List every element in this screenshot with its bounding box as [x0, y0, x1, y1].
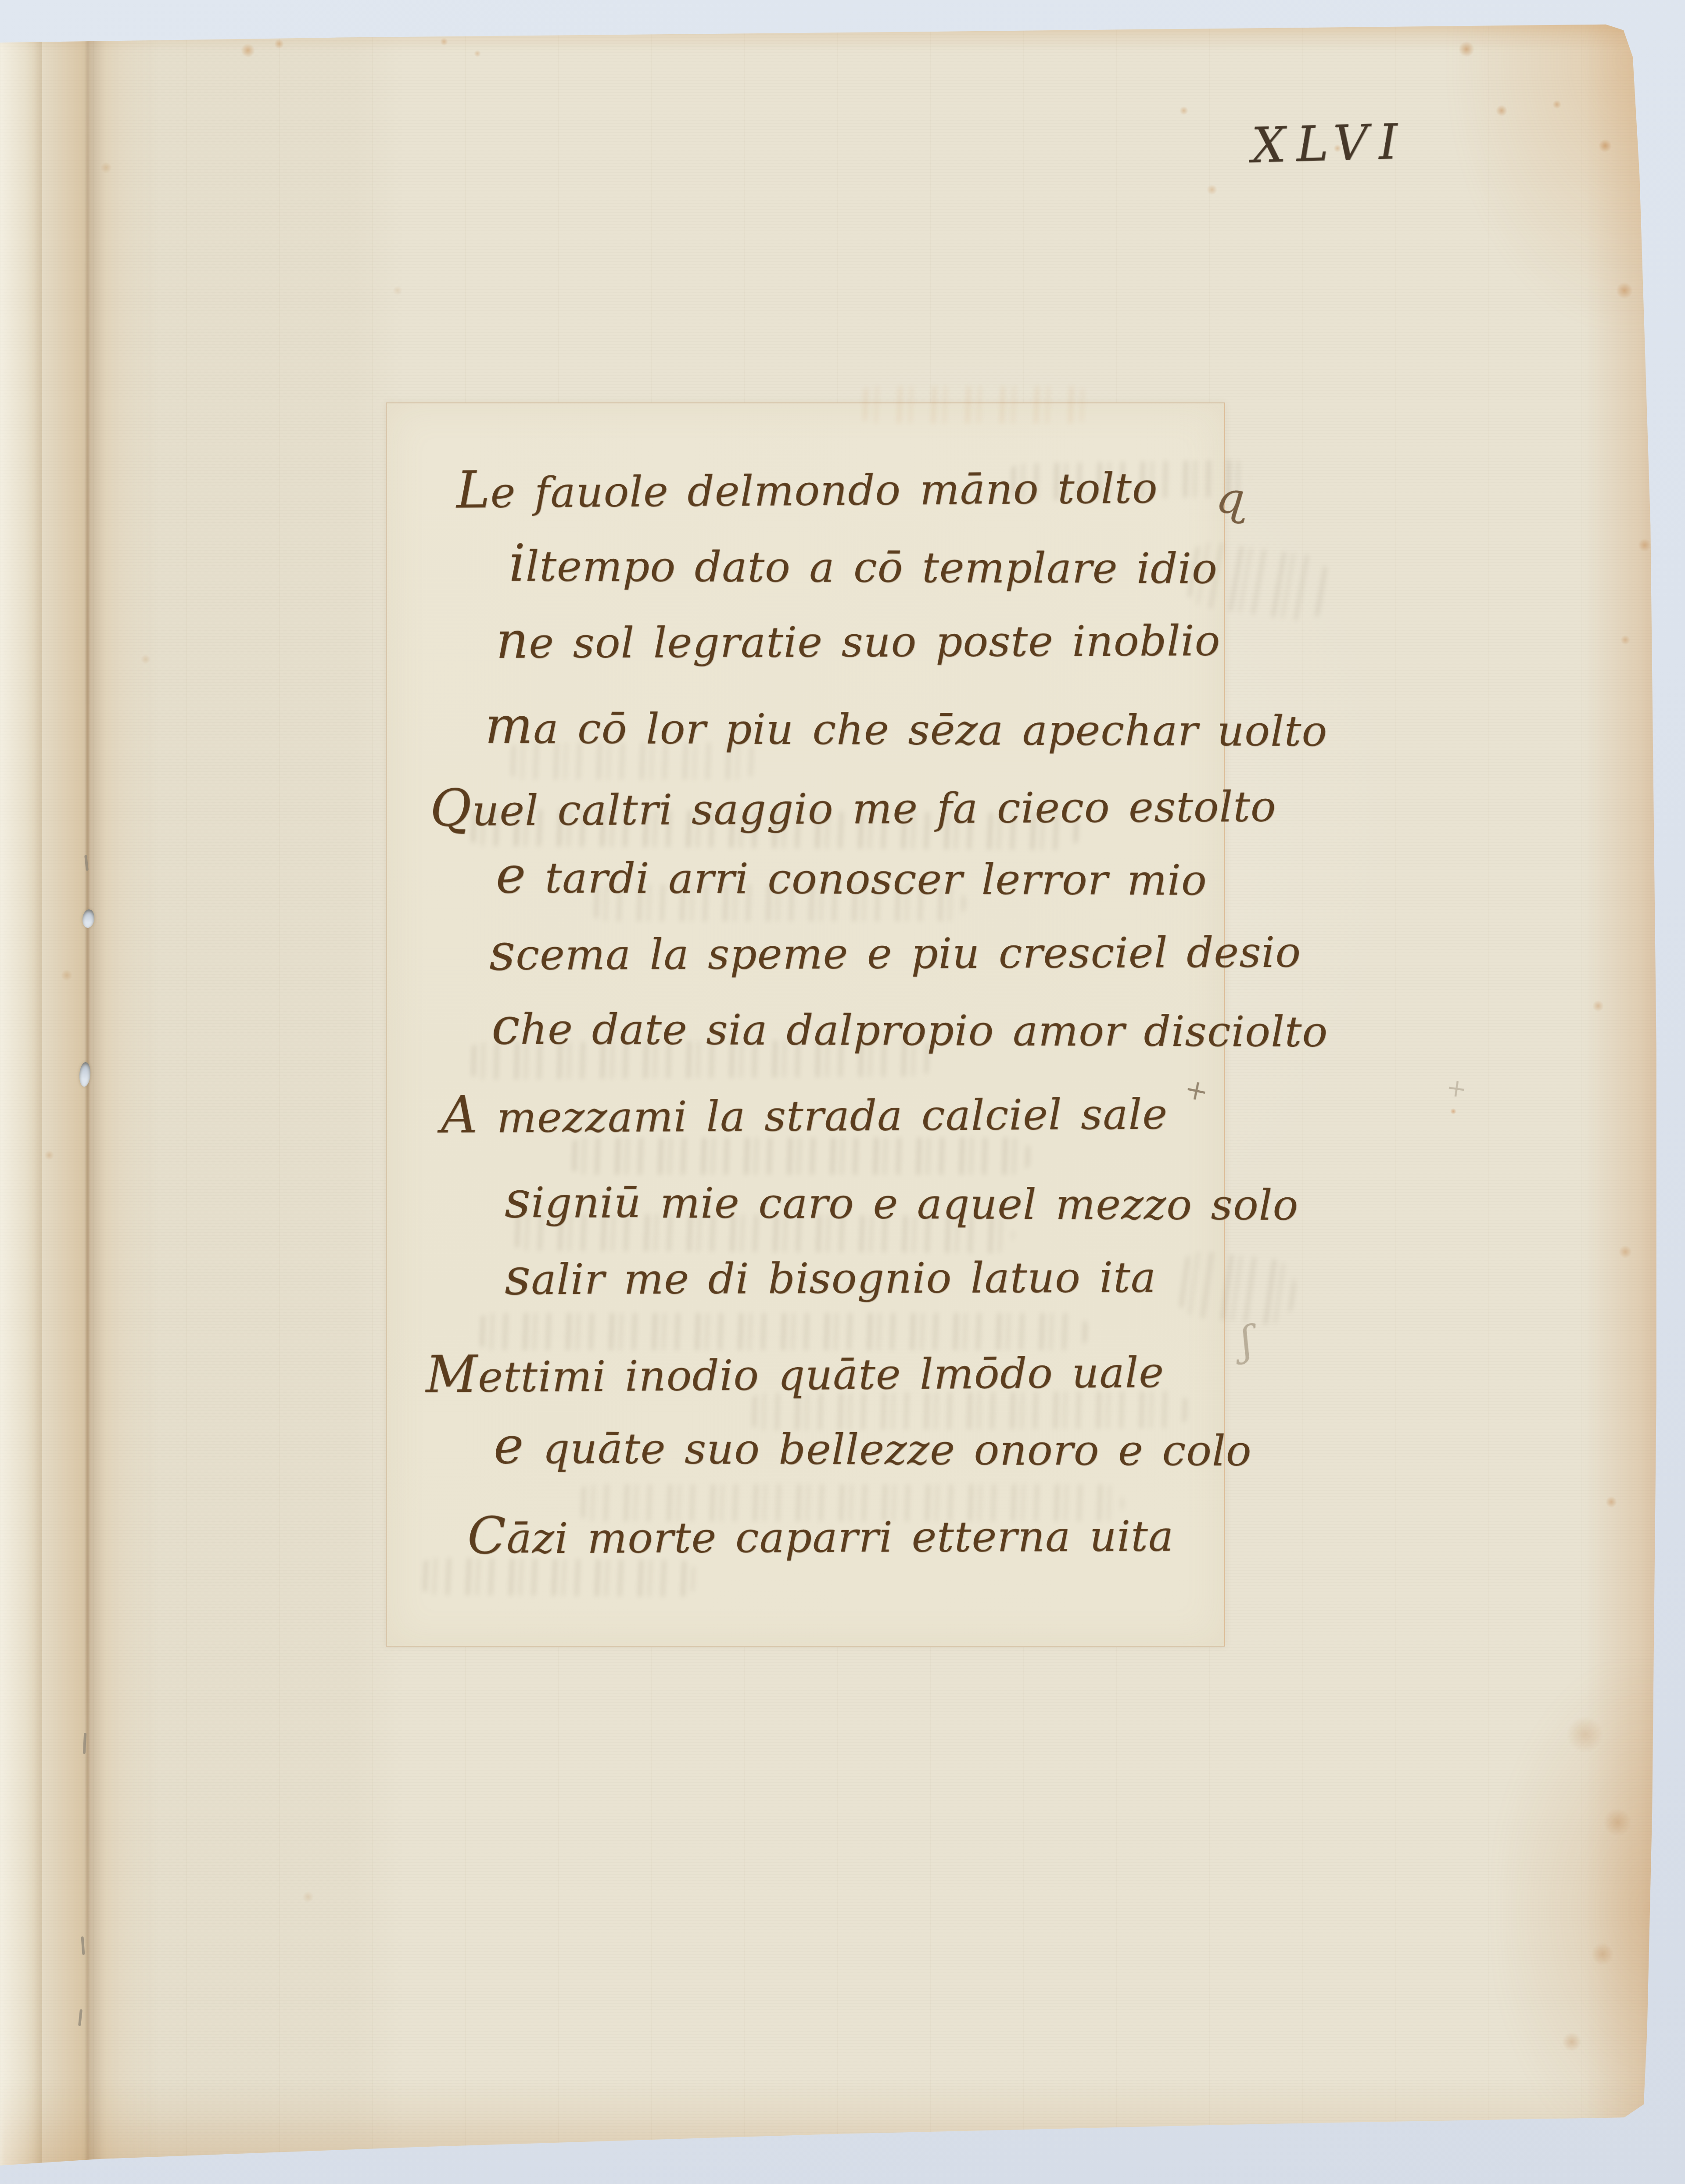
poem-line: Le fauole delmondo māno tolto [456, 454, 1158, 522]
ink-mark-cross: + [1445, 1075, 1468, 1102]
poem-line: A mezzami la strada calciel sale [441, 1080, 1168, 1147]
poem-line: ma cō lor piu che sēza apechar uolto [485, 694, 1328, 761]
poem-line: e tardi arri conoscer lerror mio [496, 844, 1207, 909]
poem-line: signiū mie caro e aquel mezzo solo [505, 1168, 1299, 1234]
manuscript-sheet: XLVI Le fauole delmondo māno tolto iltem… [0, 0, 1685, 2184]
poem-line: salir me di bisognio latuo ita [505, 1243, 1156, 1308]
poem-line: scema la speme e piu cresciel desio [489, 918, 1301, 984]
bleedthrough-smudge [1173, 1249, 1298, 1327]
photo-backdrop: XLVI Le fauole delmondo māno tolto iltem… [0, 0, 1685, 2184]
poem-line: Quel caltri saggio me fa cieco estolto [430, 772, 1276, 840]
folio-number: XLVI [1251, 117, 1409, 169]
poem-line: che date sia dalpropio amor disciolto [491, 995, 1328, 1061]
poem-line: iltempo dato a cō templare idio [509, 532, 1218, 598]
bleedthrough-smudge [856, 386, 1093, 423]
poem-line: ne sol legratie suo poste inoblio [496, 607, 1221, 672]
poem-line: Cāzi morte caparri etterna uita [467, 1502, 1174, 1568]
ink-mark-hook: ɋ [1214, 475, 1247, 521]
poem-line: Mettimi inodio quāte lmōdo uale [426, 1338, 1165, 1407]
poem-line: e quāte suo bellezze onoro e colo [494, 1414, 1252, 1480]
